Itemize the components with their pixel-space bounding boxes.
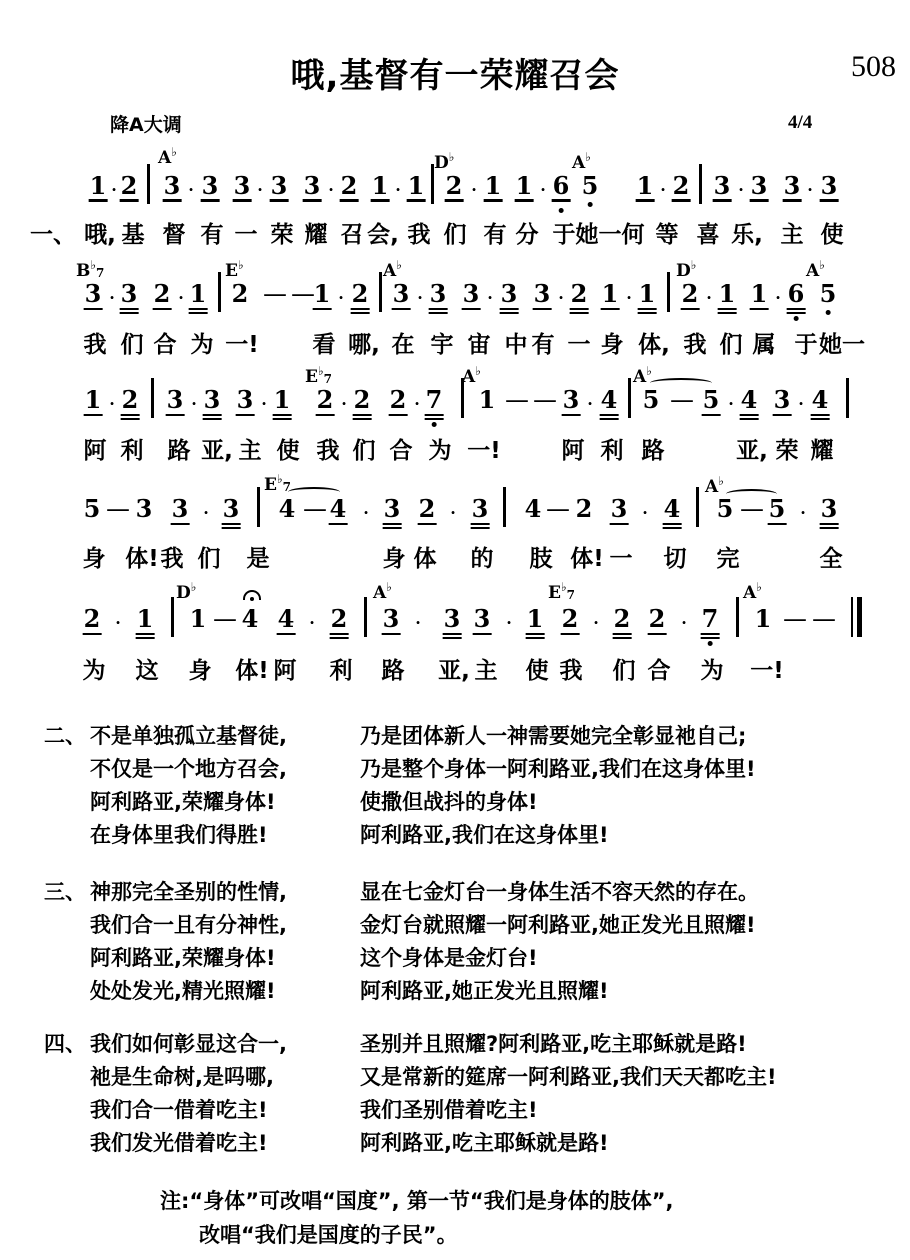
underline (681, 308, 700, 310)
chord-root: D (434, 153, 449, 173)
chord-root: A (373, 583, 386, 603)
underline (222, 523, 241, 525)
dot-duration: · (450, 499, 456, 527)
note: 2 (419, 495, 436, 523)
chord-root: A (572, 153, 585, 173)
chord-root: A (462, 367, 475, 387)
lyric-syllable: 体 (414, 540, 437, 573)
dot-duration: · (800, 499, 806, 527)
underline (429, 312, 448, 314)
underline (768, 523, 787, 525)
chord-symbol: A♭ (373, 580, 392, 603)
lyric-syllable: 合 (390, 432, 413, 465)
dot-duration: · (660, 176, 666, 204)
dot-duration: · (414, 390, 420, 418)
note: 1 (479, 386, 496, 414)
underline (740, 418, 759, 420)
lyric-syllable: 使 (821, 216, 844, 249)
note: 5 (643, 386, 660, 414)
note: 5 (769, 495, 786, 523)
chord-root: B (76, 261, 90, 281)
underline (526, 633, 545, 635)
note: 3 (474, 605, 491, 633)
underline (233, 199, 252, 202)
lyric-syllable: 督 (163, 216, 186, 249)
underline (443, 637, 462, 639)
dot-duration: · (506, 609, 512, 637)
underline (383, 527, 402, 529)
underline (429, 308, 448, 310)
chord-symbol: A♭ (806, 258, 825, 281)
verse-line-second-half: 圣别并且照耀?阿利路亚,吃主耶稣就是路! (360, 1028, 747, 1061)
lyric-syllable: 于 (795, 326, 818, 359)
note: 4 (601, 386, 618, 414)
dot-duration: · (487, 284, 493, 312)
chord-root: E (305, 367, 318, 387)
underline (84, 308, 103, 310)
underline (820, 523, 839, 525)
verse-line-first-half: 我们如何彰显这合一, (90, 1028, 287, 1061)
note: 3 (85, 280, 102, 308)
chord-root: A (158, 148, 171, 168)
fermata-icon (243, 590, 261, 600)
hymn-number: 508 (851, 50, 896, 84)
lyric-syllable: 身 (189, 652, 212, 685)
barline (147, 164, 150, 204)
dot-duration: · (775, 284, 781, 312)
underline (811, 418, 830, 420)
underline (740, 414, 759, 416)
verse-4: 四、我们如何彰显这合一,圣别并且照耀?阿利路亚,吃主耶稣就是路!祂是生命树,是吗… (44, 1028, 884, 1168)
note: 1 (637, 172, 654, 200)
note: 4 (279, 495, 296, 523)
dot-duration: · (257, 176, 263, 204)
underline (515, 199, 534, 202)
underline (418, 523, 437, 525)
underline (787, 308, 806, 310)
dash-extension: — (303, 495, 327, 523)
verse-number: 二、 (44, 720, 86, 753)
lyric-syllable: 体! (570, 540, 604, 573)
underline (121, 414, 140, 416)
underline (701, 633, 720, 635)
underline (648, 633, 667, 635)
flat-icon: ♭ (691, 258, 697, 272)
underline (610, 523, 629, 525)
lyric-syllable: 荣 (776, 432, 799, 465)
verse-3: 三、神那完全圣别的性情,显在七金灯台一身体生活不容天然的存在。我们合一且有分神性… (44, 876, 884, 1016)
lyric-syllable: 喜 (697, 216, 720, 249)
lyric-syllable: 她一 (819, 326, 865, 359)
lyric-syllable: 为 (191, 326, 214, 359)
note: 3 (611, 495, 628, 523)
note: 1 (751, 280, 768, 308)
note: 2 (232, 280, 249, 308)
lyric-syllable: 分 (516, 216, 539, 249)
underline (570, 312, 589, 314)
lyric-syllable: 使 (526, 652, 549, 685)
note: 2 (84, 605, 101, 633)
note: 2 (122, 386, 139, 414)
chord-symbol: A♭ (158, 145, 177, 168)
chord-symbol: E♭7 (548, 580, 575, 603)
underline (351, 308, 370, 310)
chord-root: A (806, 261, 819, 281)
note: 3 (237, 386, 254, 414)
lyric-syllable: 我 (161, 540, 184, 573)
note: 4 (278, 605, 295, 633)
lyric-syllable: 等 (656, 216, 679, 249)
barline (846, 378, 849, 418)
hymn-title: 哦,基督有一荣耀召会 (0, 48, 910, 97)
lyric-syllable: 中 (505, 326, 528, 359)
note: 4 (812, 386, 829, 414)
dot-duration: · (681, 609, 687, 637)
lyric-syllable: 利 (121, 432, 144, 465)
lyric-syllable: 耀 (811, 432, 834, 465)
dot-duration: · (642, 499, 648, 527)
note: 2 (682, 280, 699, 308)
lyric-syllable: 路 (382, 652, 405, 685)
low-octave-dot (793, 316, 798, 321)
dot-duration: · (798, 390, 804, 418)
lyric-syllable: 一! (225, 326, 259, 359)
note: 5 (717, 495, 734, 523)
note: 1 (516, 172, 533, 200)
note: 2 (673, 172, 690, 200)
flat-icon: ♭ (756, 580, 762, 594)
flat-icon: ♭ (238, 258, 244, 272)
note: 3 (121, 280, 138, 308)
tie-slur (650, 378, 712, 388)
chord-root: E (548, 583, 561, 603)
dot-duration: · (415, 609, 421, 637)
footnote-line-2: 改唱“我们是国度的子民”。 (199, 1218, 458, 1252)
lyric-syllable: 我 (684, 326, 707, 359)
lyric-syllable: 切 (664, 540, 687, 573)
underline (203, 414, 222, 416)
dash-extension: — (740, 495, 764, 523)
dot-duration: · (338, 284, 344, 312)
barline (736, 597, 739, 637)
underline (561, 633, 580, 635)
chord-root: A (383, 261, 396, 281)
note: 1 (85, 386, 102, 414)
lyric-syllable: 亚, (438, 652, 470, 685)
lyric-syllable: 阿 (562, 432, 585, 465)
underline (201, 199, 220, 202)
chord-symbol: D♭ (434, 150, 454, 173)
barline (171, 597, 174, 637)
dot-duration: · (626, 284, 632, 312)
chord-symbol: A♭ (572, 150, 591, 173)
lyric-syllable: 宙 (468, 326, 491, 359)
underline (171, 523, 190, 525)
lyric-syllable: 有 (484, 216, 507, 249)
lyric-syllable: 路 (168, 432, 191, 465)
lyric-syllable: 为 (701, 652, 724, 685)
dot-duration: · (593, 609, 599, 637)
note: 1 (602, 280, 619, 308)
note: 3 (472, 495, 489, 523)
lyric-syllable: 合 (154, 326, 177, 359)
lyric-syllable: 路 (642, 432, 665, 465)
verse-line-first-half: 神那完全圣别的性情, (90, 876, 287, 909)
underline (471, 523, 490, 525)
lyric-syllable: 们 (353, 432, 376, 465)
note: 3 (136, 495, 153, 523)
lyric-syllable: 有 (532, 326, 555, 359)
underline (702, 414, 721, 416)
underline (330, 637, 349, 639)
underline (389, 414, 408, 416)
dash-extension: — (505, 386, 529, 414)
note: 1 (137, 605, 154, 633)
lyric-syllable: 我 (408, 216, 431, 249)
dash-extension: — (546, 495, 570, 523)
underline (638, 308, 657, 310)
dot-duration: · (115, 609, 121, 637)
lyric-syllable: 们 (121, 326, 144, 359)
dot-duration: · (558, 284, 564, 312)
note: 1 (719, 280, 736, 308)
lyric-syllable: 身 (383, 540, 406, 573)
note: 3 (167, 386, 184, 414)
flat-icon: ♭ (585, 150, 591, 164)
low-octave-dot (587, 202, 592, 207)
underline (203, 418, 222, 420)
underline (820, 527, 839, 529)
lyric-syllable: 哪, (348, 326, 380, 359)
lyric-syllable: 乐, (731, 216, 763, 249)
lyric-syllable: 阿 (84, 432, 107, 465)
note: 3 (444, 605, 461, 633)
flat-icon: ♭ (646, 364, 652, 378)
lyric-syllable: 体! (125, 540, 159, 573)
underline (425, 418, 444, 420)
underline (713, 199, 732, 202)
note: 7 (702, 605, 719, 633)
note: 3 (430, 280, 447, 308)
lyric-syllable: 这 (136, 652, 159, 685)
chord-symbol: E♭ (225, 258, 244, 281)
low-octave-dot (707, 641, 712, 646)
lyric-syllable: 的 (471, 540, 494, 573)
underline (121, 418, 140, 420)
lyric-syllable: 为 (429, 432, 452, 465)
chord-root: D (676, 261, 691, 281)
underline (613, 633, 632, 635)
underline (351, 312, 370, 314)
note: 6 (553, 172, 570, 200)
verse-line-first-half: 不是单独孤立基督徒, (90, 720, 287, 753)
verse-line-first-half: 阿利路亚,荣耀身体! (90, 786, 276, 819)
note: 3 (563, 386, 580, 414)
lyric-syllable: 于 (553, 216, 576, 249)
underline (500, 312, 519, 314)
note: 4 (242, 605, 259, 633)
note: 5 (703, 386, 720, 414)
underline (750, 308, 769, 310)
dash-extension: — (291, 280, 315, 308)
final-barline (851, 597, 853, 637)
underline (163, 199, 182, 202)
note: 5 (820, 280, 837, 308)
lyric-syllable: 召 (341, 216, 364, 249)
note: 3 (774, 386, 791, 414)
verse-line-first-half: 处处发光,精光照耀! (90, 975, 276, 1008)
dash-extension: — (670, 386, 694, 414)
underline (222, 527, 241, 529)
note: 1 (372, 172, 389, 200)
lyric-syllable: 为 (83, 652, 106, 685)
note: 3 (271, 172, 288, 200)
low-octave-dot (825, 310, 830, 315)
underline (533, 308, 552, 310)
dot-duration: · (109, 390, 115, 418)
underline (303, 199, 322, 202)
underline (638, 312, 657, 314)
dot-duration: · (109, 284, 115, 312)
barline (667, 272, 670, 312)
underline (552, 199, 571, 202)
lyric-syllable: 一 (568, 326, 591, 359)
note: 2 (154, 280, 171, 308)
lyric-syllable: 体! (235, 652, 269, 685)
note: 5 (582, 172, 599, 200)
note: 3 (172, 495, 189, 523)
underline (277, 633, 296, 635)
dash-extension: — (213, 605, 237, 633)
note: 2 (341, 172, 358, 200)
note: 3 (383, 605, 400, 633)
chord-root: A (743, 583, 756, 603)
chord-root: E (264, 475, 277, 495)
underline (462, 308, 481, 310)
barline (379, 272, 382, 312)
underline (270, 199, 289, 202)
note: 1 (639, 280, 656, 308)
lyric-syllable: 我 (84, 326, 107, 359)
note: 3 (714, 172, 731, 200)
lyric-syllable: 肢 (530, 540, 553, 573)
note: 3 (204, 386, 221, 414)
lyric-syllable: 身 (601, 326, 624, 359)
underline (273, 418, 292, 420)
barline (364, 597, 367, 637)
chord-root: D (176, 583, 191, 603)
underline (484, 199, 503, 202)
underline (613, 637, 632, 639)
underline (120, 312, 139, 314)
barline (696, 487, 699, 527)
lyric-syllable: 体, (638, 326, 670, 359)
lyric-syllable: 有 (201, 216, 224, 249)
verse-line-second-half: 使撒但战抖的身体! (360, 786, 538, 819)
dot-duration: · (188, 176, 194, 204)
note: 3 (534, 280, 551, 308)
dash-extension: — (263, 280, 287, 308)
dash-extension: — (533, 386, 557, 414)
dot-duration: · (178, 284, 184, 312)
verse-line-first-half: 祂是生命树,是吗哪, (90, 1061, 274, 1094)
lyric-syllable: 合 (648, 652, 671, 685)
dot-duration: · (261, 390, 267, 418)
note: 1 (190, 605, 207, 633)
chord-root: A (705, 477, 718, 497)
verse-line-second-half: 阿利路亚,我们在这身体里! (360, 819, 609, 852)
footnote-line-1: 注:“身体”可改唱“国度”, 第一节“我们是身体的肢体”, (160, 1184, 673, 1218)
lyric-syllable: 利 (601, 432, 624, 465)
underline (166, 414, 185, 416)
lyric-syllable: 阿 (274, 652, 297, 685)
dot-duration: · (728, 390, 734, 418)
note: 1 (190, 280, 207, 308)
chord-symbol: E♭7 (264, 472, 291, 495)
underline (383, 523, 402, 525)
note: 3 (223, 495, 240, 523)
underline (120, 199, 139, 202)
note: 1 (408, 172, 425, 200)
underline (570, 308, 589, 310)
verse-line-second-half: 乃是整个身体一阿利路亚,我们在这身体里! (360, 753, 756, 786)
note: 5 (84, 495, 101, 523)
note: 2 (649, 605, 666, 633)
chord-symbol: A♭ (462, 364, 481, 387)
tie-slur (726, 489, 777, 499)
underline (636, 199, 655, 202)
underline (445, 199, 464, 202)
lyric-syllable: 完 (717, 540, 740, 573)
chord-symbol: A♭ (705, 474, 724, 497)
note: 2 (576, 495, 593, 523)
dot-duration: · (540, 176, 546, 204)
lyric-syllable: 一! (750, 652, 784, 685)
note: 2 (352, 280, 369, 308)
note: 2 (571, 280, 588, 308)
lyric-syllable: 们 (613, 652, 636, 685)
underline (84, 414, 103, 416)
verse-line-second-half: 又是常新的筵席一阿利路亚,我们天天都吃主! (360, 1061, 777, 1094)
dot-duration: · (706, 284, 712, 312)
lyric-syllable: 耀 (305, 216, 328, 249)
lyric-syllable: 全 (820, 540, 843, 573)
note: 1 (527, 605, 544, 633)
underline (701, 637, 720, 639)
underline (340, 199, 359, 202)
note: 6 (788, 280, 805, 308)
flat-icon: ♭ (171, 145, 177, 159)
underline (600, 414, 619, 416)
underline (136, 633, 155, 635)
dot-duration: · (191, 390, 197, 418)
lyric-syllable: 是 (247, 540, 270, 573)
note: 4 (741, 386, 758, 414)
dot-duration: · (341, 390, 347, 418)
lyric-syllable: 属 (753, 326, 776, 359)
lyric-syllable: 身 (83, 540, 106, 573)
note: 3 (751, 172, 768, 200)
note: 3 (821, 172, 838, 200)
note: 3 (501, 280, 518, 308)
note: 1 (90, 172, 107, 200)
flat-icon: ♭ (396, 258, 402, 272)
barline (257, 487, 260, 527)
lyric-syllable: 看 (313, 326, 336, 359)
lyric-syllable: 主 (239, 432, 262, 465)
lyric-syllable: 们 (444, 216, 467, 249)
low-octave-dot (558, 208, 563, 213)
